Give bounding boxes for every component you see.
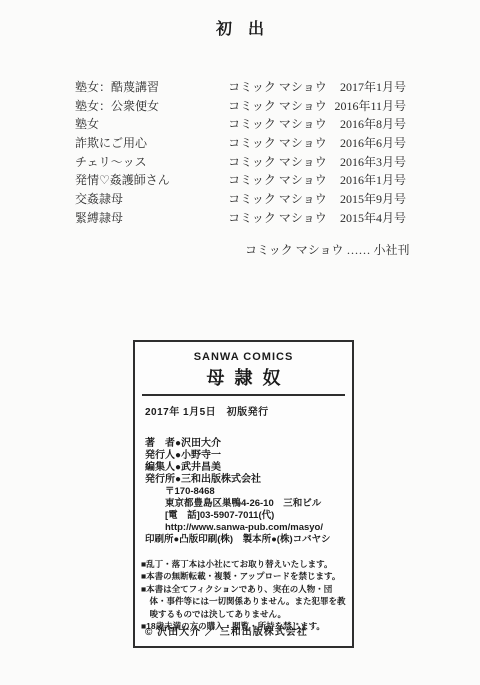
chapter-title: 塾女：公衆便女 bbox=[75, 97, 228, 114]
publisher-note: コミック マショウ …… 小社刊 bbox=[245, 241, 410, 258]
imprint-name: SANWA COMICS bbox=[135, 351, 352, 363]
page-title: 初 出 bbox=[0, 16, 480, 39]
publication-row: 塾女 コミック マショウ 2016年8月号 bbox=[75, 115, 406, 134]
magazine-name: コミック マショウ bbox=[228, 97, 327, 114]
issue-date: 2016年8月号 bbox=[327, 115, 406, 132]
publication-row: 緊縛隷母 コミック マショウ 2015年4月号 bbox=[75, 209, 406, 228]
magazine-name: コミック マショウ bbox=[228, 78, 327, 95]
credit-line: 編集人●武井昌美 bbox=[145, 462, 352, 474]
magazine-name: コミック マショウ bbox=[228, 209, 327, 226]
publisher-detail-line: 東京都豊島区巣鴨4-26-10 三和ビル bbox=[165, 498, 352, 510]
magazine-name: コミック マショウ bbox=[228, 134, 327, 151]
notice-line: ■乱丁・落丁本は小社にてお取り替えいたします。 bbox=[141, 558, 347, 570]
publication-row: 塾女：酷蔑講習 コミック マショウ 2017年1月号 bbox=[75, 78, 406, 97]
credits-list: 著 者●沢田大介 発行人●小野寺一 編集人●武井昌美 発行所●三和出版株式会社 bbox=[145, 438, 352, 486]
chapter-title: 詐欺にご用心 bbox=[75, 134, 228, 151]
notice-line: ■本書の無断転載・複製・アップロードを禁じます。 bbox=[141, 570, 347, 582]
magazine-name: コミック マショウ bbox=[228, 190, 327, 207]
edition-date: 2017年 1月5日 初版発行 bbox=[145, 403, 352, 418]
magazine-name: コミック マショウ bbox=[228, 171, 327, 188]
notice-line: ■本書は全てフィクションであり、実在の人物・団体・事件等には一切関係ありません。… bbox=[141, 583, 347, 620]
publication-row: 発情♡姦護師さん コミック マショウ 2016年1月号 bbox=[75, 171, 406, 190]
chapter-title: 発情♡姦護師さん bbox=[75, 171, 228, 188]
credit-line: 発行人●小野寺一 bbox=[145, 450, 352, 462]
notices-list: ■乱丁・落丁本は小社にてお取り替えいたします。 ■本書の無断転載・複製・アップロ… bbox=[141, 558, 347, 632]
credit-line: 発行所●三和出版株式会社 bbox=[145, 474, 352, 486]
chapter-title: 塾女 bbox=[75, 115, 228, 132]
chapter-title: 塾女：酷蔑講習 bbox=[75, 78, 228, 95]
issue-date: 2016年6月号 bbox=[327, 134, 406, 151]
chapter-title: 緊縛隷母 bbox=[75, 209, 228, 226]
publisher-details: 〒170-8468 東京都豊島区巣鴨4-26-10 三和ビル [電 話]03-5… bbox=[165, 486, 352, 534]
publication-row: 詐欺にご用心 コミック マショウ 2016年6月号 bbox=[75, 134, 406, 153]
publisher-detail-line: [電 話]03-5907-7011(代) bbox=[165, 510, 352, 522]
publisher-detail-line: 〒170-8468 bbox=[165, 486, 352, 498]
issue-date: 2016年3月号 bbox=[327, 153, 406, 170]
copyright-line: © 沢田大介 ／ 三和出版株式会社 bbox=[145, 623, 308, 638]
colophon-box: SANWA COMICS 母隷奴 2017年 1月5日 初版発行 著 者●沢田大… bbox=[133, 340, 354, 648]
issue-date: 2017年1月号 bbox=[327, 78, 406, 95]
publisher-detail-line: http://www.sanwa-pub.com/masyo/ bbox=[165, 522, 352, 534]
title-divider bbox=[142, 394, 345, 396]
publication-row: チェリ～ッス コミック マショウ 2016年3月号 bbox=[75, 153, 406, 172]
magazine-name: コミック マショウ bbox=[228, 153, 327, 170]
chapter-title: 交姦隷母 bbox=[75, 190, 228, 207]
credit-line: 著 者●沢田大介 bbox=[145, 438, 352, 450]
publication-row: 塾女：公衆便女 コミック マショウ 2016年11月号 bbox=[75, 97, 406, 116]
issue-date: 2016年11月号 bbox=[327, 97, 406, 114]
issue-date: 2015年4月号 bbox=[327, 209, 406, 226]
printer-line: 印刷所●凸版印刷(株) 製本所●(株)コバヤシ bbox=[145, 534, 352, 546]
publication-row: 交姦隷母 コミック マショウ 2015年9月号 bbox=[75, 190, 406, 209]
book-title: 母隷奴 bbox=[135, 364, 352, 390]
chapter-title: チェリ～ッス bbox=[75, 153, 228, 170]
issue-date: 2015年9月号 bbox=[327, 190, 406, 207]
issue-date: 2016年1月号 bbox=[327, 171, 406, 188]
first-appearance-list: 塾女：酷蔑講習 コミック マショウ 2017年1月号 塾女：公衆便女 コミック … bbox=[75, 78, 406, 228]
magazine-name: コミック マショウ bbox=[228, 115, 327, 132]
